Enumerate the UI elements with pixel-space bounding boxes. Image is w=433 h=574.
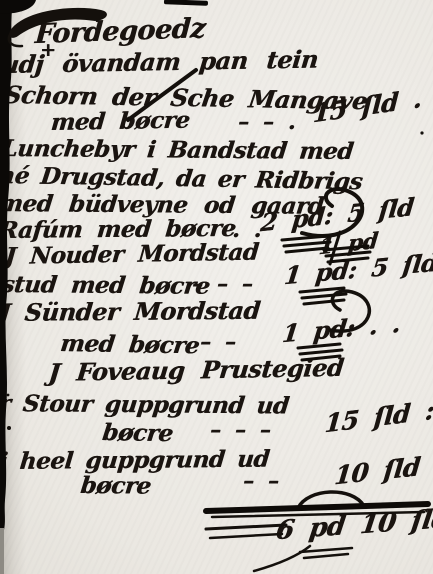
manuscript-line: J Foveaug Prustegied <box>47 355 345 387</box>
manuscript-line: med bøcre <box>50 108 191 136</box>
ink-speck <box>7 426 11 430</box>
left-gutter-corner-blob <box>0 0 36 14</box>
manuscript-line: J Nouder Mordstad <box>4 240 260 270</box>
total-tail-flourish <box>254 546 310 571</box>
dash-leader: – – – <box>192 272 252 296</box>
amount-value: 1 pd: 5 ſld <box>283 250 433 290</box>
total-short-rule-1 <box>206 525 286 529</box>
total-underscribble <box>300 548 352 558</box>
manuscript-line: bøcre <box>79 473 152 499</box>
dash-leader: – – <box>243 469 278 493</box>
title-swash-tail <box>9 33 22 46</box>
amount-value: 15 ſld : . <box>324 394 433 438</box>
top-edge-mark <box>164 0 208 6</box>
dash-leader: – – . <box>238 110 295 134</box>
manuscript-line: i heel guppgrund ud <box>0 447 270 475</box>
total-amount: 6 pd 10 ſld <box>274 505 433 546</box>
dash-leader: – – – <box>210 418 270 442</box>
ink-speck <box>420 131 423 134</box>
manuscript-page: Fordegoedz + udj övandam pan tein Schorn… <box>0 0 433 574</box>
amount-value: 10 ſld <box>333 453 421 490</box>
manuscript-line: r Stour guppgrund ud <box>0 391 290 419</box>
manuscript-line: stud med bøcre <box>0 272 211 299</box>
manuscript-line: J Sünder Mordstad <box>0 298 261 327</box>
manuscript-line: Lunchebyr i Bandstad med <box>0 136 354 164</box>
manuscript-line: med bøcre <box>59 331 201 359</box>
left-gutter-fade <box>0 528 4 574</box>
manuscript-line: udj övandam pan tein <box>0 46 319 78</box>
page-title: Fordegoedz <box>34 14 206 50</box>
total-arc <box>298 492 364 508</box>
manuscript-line: bøcre <box>101 420 174 446</box>
dash-leader: – – <box>200 330 235 354</box>
total-short-rule-2 <box>210 534 282 538</box>
amount-value: 1 pd: . . <box>281 311 402 348</box>
strike-hash-3 <box>300 288 346 304</box>
